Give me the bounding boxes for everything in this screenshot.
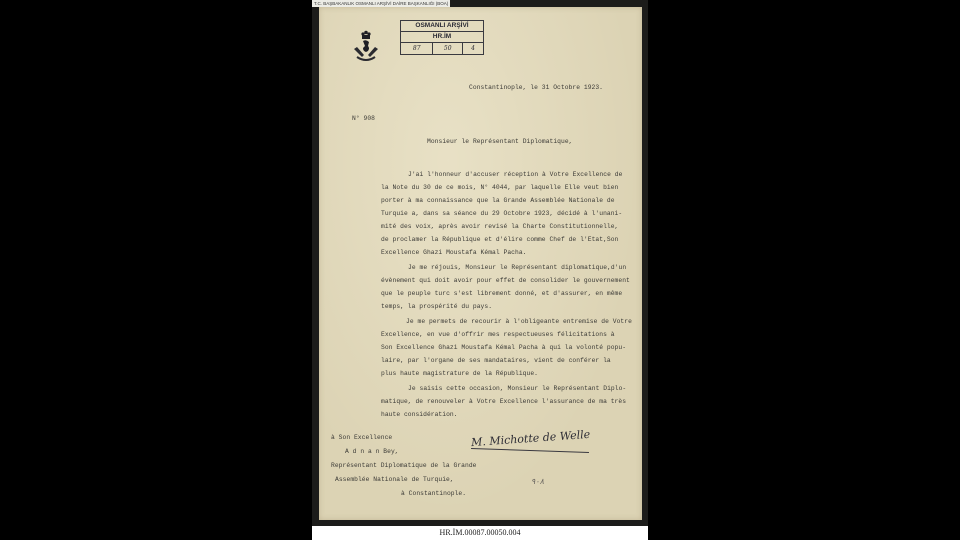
body-line: que le peuple turc s'est librement donné… bbox=[381, 290, 622, 297]
body-line: porter à ma connaissance que la Grande A… bbox=[381, 197, 615, 204]
place-date: Constantinople, le 31 Octobre 1923. bbox=[469, 84, 603, 91]
body-line: temps, la prospérité du pays. bbox=[381, 303, 492, 310]
body-line: Excellence Ghazi Moustafa Kémal Pacha. bbox=[381, 249, 527, 256]
body-line: J'ai l'honneur d'accuser réception à Vot… bbox=[408, 171, 622, 178]
signature-rule bbox=[471, 448, 589, 453]
body-line: évènement qui doit avoir pour effet de c… bbox=[381, 277, 630, 284]
stamp-title: OSMANLI ARŞİVİ bbox=[401, 21, 483, 32]
stamp-cell-document: 4 bbox=[463, 43, 483, 54]
body-line: Je me réjouis, Monsieur le Représentant … bbox=[408, 264, 626, 271]
body-line: Son Excellence Ghazi Moustafa Kémal Pach… bbox=[381, 344, 626, 351]
body-line: laire, par l'organe de ses mandataires, … bbox=[381, 357, 611, 364]
address-line: Assemblée Nationale de Turquie, bbox=[335, 476, 454, 483]
letter-paper: OSMANLI ARŞİVİ HR.İM 87 50 4 Constantino… bbox=[319, 7, 642, 520]
address-line: Représentant Diplomatique de la Grande bbox=[331, 462, 477, 469]
body-line: la Note du 30 de ce mois, N° 4044, par l… bbox=[381, 184, 618, 191]
crest-icon bbox=[351, 29, 381, 65]
stamp-cell-folder: 50 bbox=[433, 43, 463, 54]
document-scan: T.C. BAŞBAKANLIK OSMANLI ARŞİVİ DAİRE BA… bbox=[312, 0, 648, 526]
body-line: Je saisis cette occasion, Monsieur le Re… bbox=[408, 385, 626, 392]
body-line: de proclamer la République et d'élire co… bbox=[381, 236, 618, 243]
address-line: à Son Excellence bbox=[331, 434, 392, 441]
stamp-cell-file: 87 bbox=[401, 43, 433, 54]
archive-label: T.C. BAŞBAKANLIK OSMANLI ARŞİVİ DAİRE BA… bbox=[312, 0, 450, 7]
signature: M. Michotte de Welle bbox=[471, 428, 591, 449]
pencil-note: ۹۰۸ bbox=[531, 477, 544, 486]
archive-stamp: OSMANLI ARŞİVİ HR.İM 87 50 4 bbox=[400, 20, 484, 55]
body-line: Turquie a, dans sa séance du 29 Octobre … bbox=[381, 210, 622, 217]
stamp-collection: HR.İM bbox=[401, 32, 483, 43]
letter-number: N° 908 bbox=[352, 115, 375, 122]
address-line: A d n a n Bey, bbox=[345, 448, 399, 455]
body-line: Je me permets de recourir à l'obligeante… bbox=[406, 318, 632, 325]
address-line: à Constantinople. bbox=[401, 490, 466, 497]
body-line: Excellence, en vue d'offrir mes respectu… bbox=[381, 331, 615, 338]
body-line: plus haute magistrature de la République… bbox=[381, 370, 538, 377]
document-reference-caption: HR.İM.00087.00050.004 bbox=[312, 526, 648, 540]
body-line: haute considération. bbox=[381, 411, 458, 418]
salutation: Monsieur le Représentant Diplomatique, bbox=[427, 138, 573, 145]
body-line: matique, de renouveler à Votre Excellenc… bbox=[381, 398, 626, 405]
body-line: mité des voix, après avoir revisé la Cha… bbox=[381, 223, 618, 230]
